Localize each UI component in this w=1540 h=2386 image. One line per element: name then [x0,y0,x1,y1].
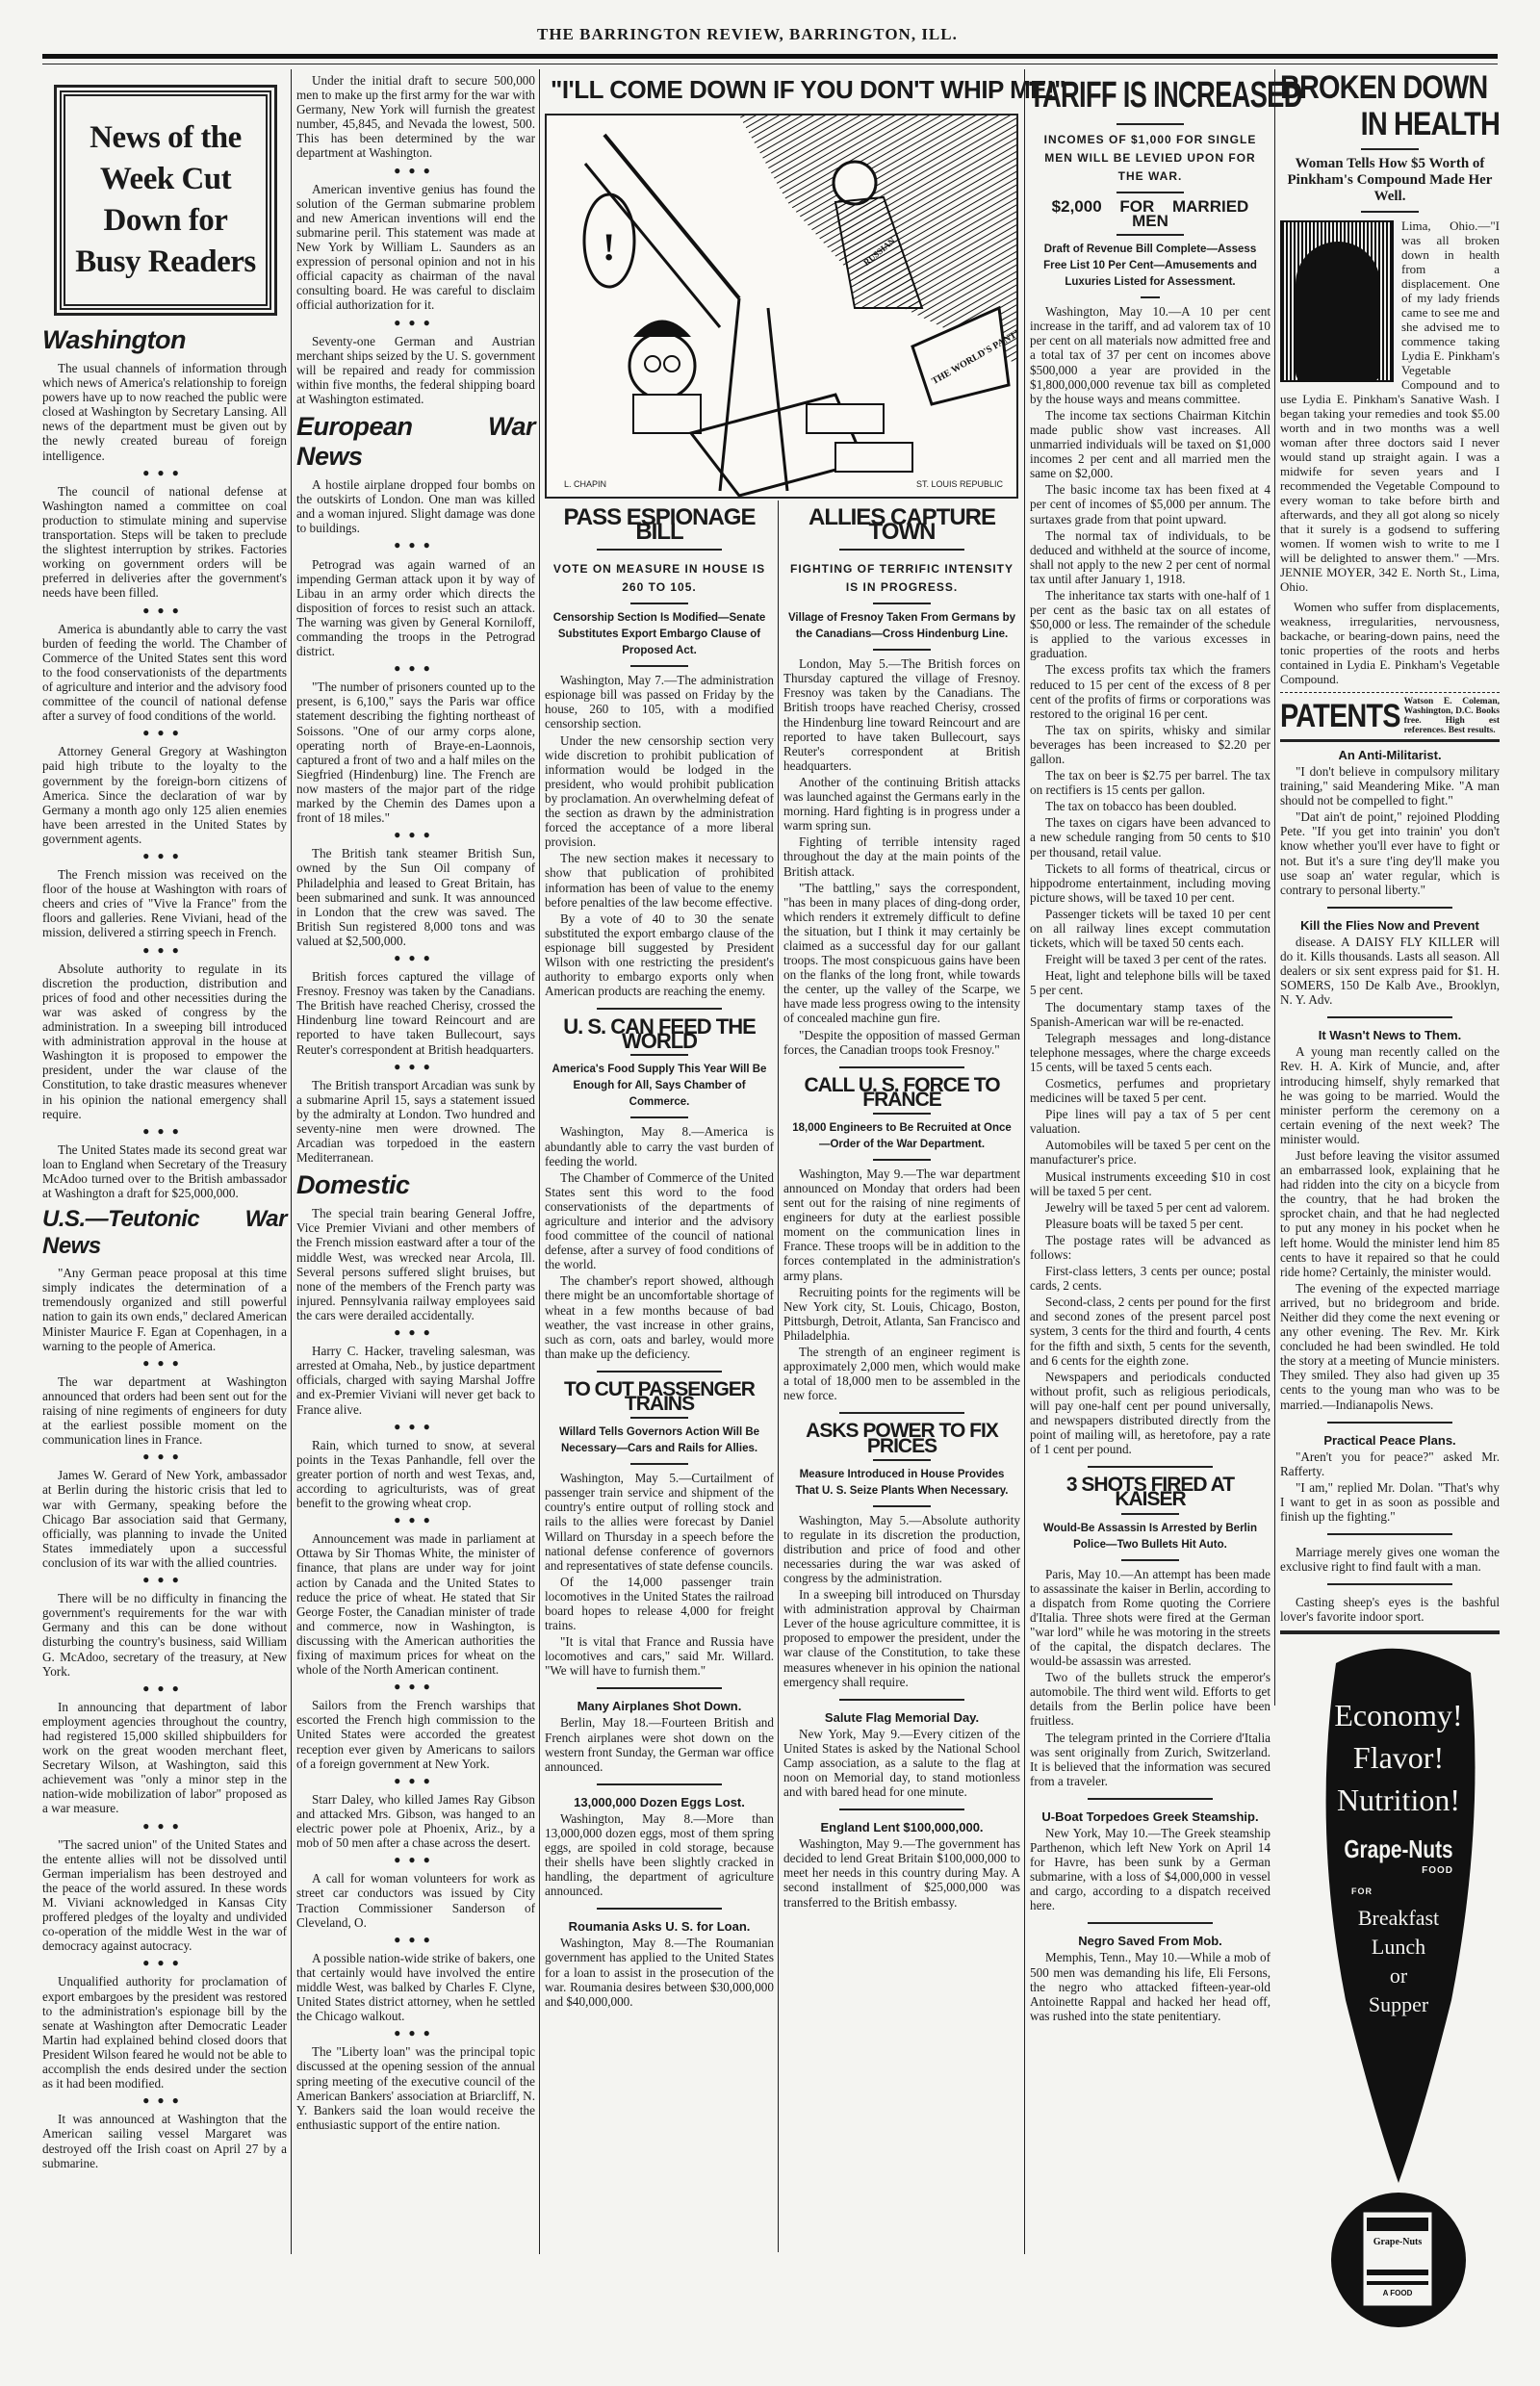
briefs-col3: Many Airplanes Shot Down.Berlin, May 18.… [545,1687,774,2008]
paragraph: The usual channels of information throug… [42,361,287,463]
deck-tariff: Draft of Revenue Bill Complete—Assess Fr… [1034,242,1267,291]
paragraph: Attorney General Gregory at Washington p… [42,744,287,846]
pinkham-ad: BROKEN DOWN IN HEALTH Woman Tells How $5… [1280,69,1500,686]
brief-text: New York, May 9.—Every citizen of the Un… [783,1727,1020,1799]
paragraph: The "Liberty loan" was the principal top… [296,2044,535,2132]
paragraph: Washington, May 8.—America is abundantly… [545,1124,774,1167]
paragraph: There will be no difficulty in financing… [42,1591,287,1679]
paragraph: Freight will be taxed 3 per cent of the … [1030,952,1270,966]
headline-fix-prices: ASKS POWER TO FIX PRICES [783,1424,1020,1452]
separator-dots: ●●● [296,951,535,965]
column-ads-misc: BROKEN DOWN IN HEALTH Woman Tells How $5… [1280,69,1500,1640]
story-feed-world: Washington, May 8.—America is abundantly… [545,1124,774,1361]
separator-dots: ●●● [42,849,287,863]
story-passenger-trains: Washington, May 5.—Curtailment of passen… [545,1471,774,1678]
paragraph: The French mission was received on the f… [42,867,287,939]
masthead-rule-thin [42,64,1498,64]
paragraph: Musical instruments exceeding $10 in cos… [1030,1169,1270,1198]
paragraph: Tickets to all forms of theatrical, circ… [1030,861,1270,905]
misc-items: An Anti-Militarist."I don't believe in c… [1280,748,1500,1625]
section-head-european-war: European War News [296,412,535,472]
column-rule [778,500,779,2252]
washington-briefs: The usual channels of information throug… [42,361,287,1200]
testimonial-portrait [1280,220,1394,382]
paragraph: The chamber's report showed, although th… [545,1273,774,1361]
title-line: Busy Readers [73,242,258,283]
brief-text: Washington, May 9.—The government has de… [783,1836,1020,1909]
brief-headline: Many Airplanes Shot Down. [545,1699,774,1713]
brief-headline: Roumania Asks U. S. for Loan. [545,1919,774,1934]
section-head-teutonic: U.S.—Teutonic War News [42,1206,287,1260]
svg-text:!: ! [603,225,615,269]
column-news-of-week: News of the Week Cut Down for Busy Reade… [42,69,287,2172]
item-paragraph: "I am," replied Mr. Dolan. "That's why I… [1280,1480,1500,1524]
box-sub: A FOOD [1363,2289,1432,2297]
paragraph: Two of the bullets struck the emperor's … [1030,1670,1270,1728]
paragraph: Rain, which turned to snow, at several p… [296,1438,535,1510]
brief-headline: England Lent $100,000,000. [783,1820,1020,1834]
ad-brand: Grape-Nuts [1325,1834,1472,1864]
ad-nutrition: Nutrition! [1307,1783,1490,1818]
ad-for: FOR [1307,1886,1490,1896]
paragraph: Under the initial draft to secure 500,00… [296,73,535,161]
separator-dots: ●●● [296,1680,535,1694]
paragraph: Another of the continuing British attack… [783,775,1020,833]
page-folio: THE BARRINGTON REVIEW, BARRINGTON, ILL. [537,25,1115,44]
paragraph: The Chamber of Commerce of the United St… [545,1170,774,1272]
box-label: Grape-Nuts [1363,2237,1432,2247]
paragraph: Starr Daley, who killed James Ray Gibson… [296,1792,535,1850]
deck-feed-world: America's Food Supply This Year Will Be … [549,1062,770,1111]
paragraph: The documentary stamp taxes of the Spani… [1030,1000,1270,1029]
separator-dots: ●●● [42,943,287,958]
paragraph: The United States made its second great … [42,1142,287,1200]
item-headline: Practical Peace Plans. [1280,1433,1500,1448]
paragraph: Announcement was made in parliament at O… [296,1531,535,1677]
paragraph: Of the 14,000 passenger train locomotive… [545,1575,774,1632]
brief-headline: U-Boat Torpedoes Greek Steamship. [1030,1809,1270,1824]
paragraph: "The number of prisoners counted up to t… [296,680,535,825]
column-espionage-bill: PASS ESPIONAGE BILL VOTE ON MEASURE IN H… [545,510,774,2011]
paragraph: Petrograd was again warned of an impendi… [296,557,535,659]
separator-dots: ●●● [296,1774,535,1788]
paragraph: "It is vital that France and Russia have… [545,1634,774,1678]
patents-info: Watson E. Coleman, Washington, D.C. Book… [1404,697,1500,735]
paragraph: Newspapers and periodicals conducted wit… [1030,1370,1270,1457]
paragraph: The postage rates will be advanced as fo… [1030,1233,1270,1262]
brief-headline: Negro Saved From Mob. [1030,1934,1270,1948]
pinkham-body: Lima, Ohio.—"I was all broken down in he… [1280,218,1500,594]
paragraph: The new section makes it necessary to sh… [545,851,774,909]
briefs-col5: U-Boat Torpedoes Greek Steamship.New Yor… [1030,1798,1270,2023]
column-allies-capture: ALLIES CAPTURE TOWN FIGHTING OF TERRIFIC… [783,510,1020,1911]
item-paragraph: A young man recently called on the Rev. … [1280,1044,1500,1146]
headline-kaiser: 3 SHOTS FIRED AT KAISER [1030,1477,1270,1506]
subhead-married-men: $2,000 FOR MARRIED MEN [1030,199,1270,228]
item-headline: It Wasn't News to Them. [1280,1028,1500,1042]
separator-dots: ●●● [42,1956,287,1970]
patents-word: PATENTS [1280,698,1400,735]
item-paragraph: The evening of the expected marriage arr… [1280,1281,1500,1412]
brief-text: Washington, May 8.—The Roumanian governm… [545,1936,774,2008]
separator-dots: ●●● [296,1325,535,1340]
headline-espionage: PASS ESPIONAGE BILL [545,510,774,539]
paragraph: It was announced at Washington that the … [42,2112,287,2169]
paragraph: Cosmetics, perfumes and proprietary medi… [1030,1076,1270,1105]
paragraph: American inventive genius has found the … [296,182,535,313]
brief-text: Washington, May 8.—More than 13,000,000 … [545,1811,774,1899]
ad-breakfast: Breakfast [1307,1906,1490,1931]
separator-dots: ●●● [42,1819,287,1834]
brief-headline: 13,000,000 Dozen Eggs Lost. [545,1795,774,1809]
column-rule [1274,69,1275,1706]
ad-flavor: Flavor! [1307,1740,1490,1776]
story-tariff: Washington, May 10.—A 10 per cent increa… [1030,304,1270,1456]
title-line: News of the [73,117,258,159]
separator-dots: ●●● [296,1060,535,1074]
item-headline: An Anti-Militarist. [1280,748,1500,762]
teutonic-briefs: "Any German peace proposal at this time … [42,1266,287,2170]
headline-feed-world: U. S. CAN FEED THE WORLD [545,1019,774,1048]
lead-briefs: Under the initial draft to secure 500,00… [296,73,535,406]
paragraph: The basic income tax has been fixed at 4… [1030,482,1270,526]
masthead-rule [42,54,1498,59]
title-line: Down for [73,200,258,242]
paragraph: "Any German peace proposal at this time … [42,1266,287,1353]
paragraph: Jewelry will be taxed 5 per cent ad valo… [1030,1200,1270,1215]
ad-food: FOOD [1307,1865,1490,1876]
paragraph: The British tank steamer British Sun, ow… [296,846,535,948]
paragraph: Seventy-one German and Austrian merchant… [296,334,535,406]
paragraph: The inheritance tax starts with one-half… [1030,588,1270,660]
separator-dots: ●●● [296,1933,535,1947]
paragraph: The strength of an engineer regiment is … [783,1345,1020,1402]
item-paragraph: "I don't believe in compulsory military … [1280,764,1500,808]
story-allies-capture: London, May 5.—The British forces on Thu… [783,656,1020,1057]
paragraph: The telegram printed in the Corriere d'I… [1030,1731,1270,1788]
subhead-tariff: INCOMES OF $1,000 FOR SINGLE MEN WILL BE… [1030,131,1270,186]
paragraph: Sailors from the French warships that es… [296,1698,535,1770]
headline-allies-capture: ALLIES CAPTURE TOWN [783,510,1020,539]
ad-economy: Economy! [1307,1698,1490,1733]
paragraph: Paris, May 10.—An attempt has been made … [1030,1567,1270,1669]
item-paragraph: "Aren't you for peace?" asked Mr. Raffer… [1280,1450,1500,1478]
separator-dots: ●●● [296,538,535,552]
item-headline: Kill the Flies Now and Prevent [1280,918,1500,933]
paragraph: America is abundantly able to carry the … [42,622,287,724]
paragraph: Washington, May 10.—A 10 per cent increa… [1030,304,1270,406]
paragraph: James W. Gerard of New York, ambassador … [42,1468,287,1570]
patents-ad: PATENTS Watson E. Coleman, Washington, D… [1280,692,1500,742]
paragraph: The council of national defense at Washi… [42,484,287,601]
separator-dots: ●●● [42,1450,287,1464]
separator-dots: ●●● [296,1853,535,1867]
section-head-washington: Washington [42,325,287,355]
grape-nuts-ad: Economy! Flavor! Nutrition! Grape-Nuts F… [1307,1634,1490,2337]
paragraph: First-class letters, 3 cents per ounce; … [1030,1264,1270,1293]
paragraph: London, May 5.—The British forces on Thu… [783,656,1020,773]
deck-allies-capture: Village of Fresnoy Taken From Germans by… [787,610,1016,643]
deck-fix-prices: Measure Introduced in House Provides Tha… [787,1467,1016,1500]
deck-passenger-trains: Willard Tells Governors Action Will Be N… [549,1424,770,1457]
news-of-week-title-box: News of the Week Cut Down for Busy Reade… [60,90,271,310]
separator-dots: ●●● [42,1124,287,1139]
paragraph: Unqualified authority for proclamation o… [42,1974,287,2091]
separator-dots: ●●● [296,828,535,842]
separator-dots: ●●● [42,726,287,740]
paragraph: "The battling," says the correspondent, … [783,881,1020,1026]
paragraph: Heat, light and telephone bills will be … [1030,968,1270,997]
brief-headline: Salute Flag Memorial Day. [783,1710,1020,1725]
domestic-briefs: The special train bearing General Joffre… [296,1206,535,2132]
paragraph: In announcing that department of labor e… [42,1700,287,1816]
paragraph: Washington, May 7.—The administration es… [545,673,774,731]
separator-dots: ●●● [42,2093,287,2108]
editorial-cartoon: ! THE WORLD'S PANTRY RUSSIAN L. CHAPIN S… [545,114,1018,499]
paragraph: The British transport Arcadian was sunk … [296,1078,535,1166]
title-line: Week Cut [73,159,258,200]
separator-dots: ●●● [296,1420,535,1434]
deck-force-france: 18,000 Engineers to Be Recruited at Once… [787,1120,1016,1153]
separator-dots: ●●● [296,316,535,330]
brief-text: New York, May 10.—The Greek steamship Pa… [1030,1826,1270,1913]
paragraph: Under the new censorship section very wi… [545,733,774,850]
paragraph: "The sacred union" of the United States … [42,1837,287,1954]
european-war-briefs: A hostile airplane dropped four bombs on… [296,477,535,1165]
headline-tariff: TARIFF IS INCREASED [1029,73,1271,117]
story-espionage: Washington, May 7.—The administration es… [545,673,774,998]
section-head-domestic: Domestic [296,1170,535,1200]
brief-text: Berlin, May 18.—Fourteen British and Fre… [545,1715,774,1773]
column-news-continued: Under the initial draft to secure 500,00… [296,69,535,2134]
paragraph: Washington, May 5.—Curtailment of passen… [545,1471,774,1573]
story-kaiser: Paris, May 10.—An attempt has been made … [1030,1567,1270,1788]
cartoon-illustration-icon: ! THE WORLD'S PANTRY RUSSIAN [547,115,1018,499]
cartoon-title: "I'LL COME DOWN IF YOU DON'T WHIP ME!" [551,75,1018,105]
ad-or: or [1307,1963,1490,1988]
subhead-allies-capture: FIGHTING OF TERRIFIC INTENSITY IS IN PRO… [783,560,1020,597]
paragraph: The tax on tobacco has been doubled. [1030,799,1270,813]
separator-dots: ●●● [42,603,287,618]
paragraph: Harry C. Hacker, traveling salesman, was… [296,1344,535,1416]
paragraph: Fighting of terrible intensity raged thr… [783,834,1020,878]
deck-kaiser: Would-Be Assassin Is Arrested by Berlin … [1034,1521,1267,1553]
item-paragraph: Casting sheep's eyes is the bashful love… [1280,1595,1500,1624]
item-paragraph: "Dat ain't de point," rejoined Plodding … [1280,809,1500,897]
paragraph: Absolute authority to regulate in its di… [42,962,287,1121]
paragraph: The special train bearing General Joffre… [296,1206,535,1322]
paragraph: Second-class, 2 cents per pound for the … [1030,1295,1270,1367]
subhead-espionage: VOTE ON MEASURE IN HOUSE IS 260 TO 105. [545,560,774,597]
paragraph: The war department at Washington announc… [42,1374,287,1447]
paragraph: Pleasure boats will be taxed 5 per cent. [1030,1217,1270,1231]
headline-force-france: CALL U. S. FORCE TO FRANCE [783,1078,1020,1107]
paragraph: Washington, May 9.—The war department an… [783,1167,1020,1283]
item-paragraph: Just before leaving the visitor assumed … [1280,1148,1500,1279]
paragraph: Automobiles will be taxed 5 per cent on … [1030,1138,1270,1167]
paragraph: The tax on spirits, whisky and similar b… [1030,723,1270,766]
separator-dots: ●●● [296,661,535,676]
briefs-col4: Salute Flag Memorial Day.New York, May 9… [783,1699,1020,1910]
paragraph: The income tax sections Chairman Kitchin… [1030,408,1270,480]
separator-dots: ●●● [296,2026,535,2040]
paragraph: A call for woman volunteers for work as … [296,1871,535,1929]
story-force-france: Washington, May 9.—The war department an… [783,1167,1020,1403]
separator-dots: ●●● [42,466,287,480]
ad-supper: Supper [1307,1992,1490,2017]
item-paragraph: Marriage merely gives one woman the excl… [1280,1545,1500,1574]
brief-text: Memphis, Tenn., May 10.—While a mob of 5… [1030,1950,1270,2022]
headline-in-health: IN HEALTH [1313,106,1500,142]
pinkham-body2: Women who suffer from displacements, wea… [1280,600,1500,686]
paragraph: By a vote of 40 to 30 the senate substit… [545,911,774,999]
paragraph: The excess profits tax which the framers… [1030,662,1270,720]
paragraph: The normal tax of individuals, to be ded… [1030,528,1270,586]
cartoon-source: ST. LOUIS REPUBLIC [916,479,1003,489]
separator-dots: ●●● [296,164,535,178]
paragraph: Recruiting points for the regiments will… [783,1285,1020,1343]
separator-dots: ●●● [296,1513,535,1527]
paragraph: British forces captured the village of F… [296,969,535,1057]
paragraph: A possible nation-wide strike of bakers,… [296,1951,535,2023]
column-tariff: TARIFF IS INCREASED INCOMES OF $1,000 FO… [1030,69,1270,2025]
headline-broken-down: BROKEN DOWN [1280,69,1467,106]
paragraph: The taxes on cigars have been advanced t… [1030,815,1270,859]
column-rule [1024,69,1025,2254]
newspaper-page: THE BARRINGTON REVIEW, BARRINGTON, ILL. … [0,0,1540,2386]
column-rule [291,69,292,2254]
paragraph: Washington, May 5.—Absolute authority to… [783,1513,1020,1585]
paragraph: In a sweeping bill introduced on Thursda… [783,1587,1020,1689]
item-paragraph: disease. A DAISY FLY KILLER will do it. … [1280,935,1500,1007]
separator-dots: ●●● [42,1681,287,1696]
paragraph: Pipe lines will pay a tax of 5 per cent … [1030,1107,1270,1136]
separator-dots: ●●● [42,1356,287,1371]
deck-espionage: Censorship Section Is Modified—Senate Su… [549,610,770,659]
column-rule [539,69,540,2254]
paragraph: The tax on beer is $2.75 per barrel. The… [1030,768,1270,797]
story-fix-prices: Washington, May 5.—Absolute authority to… [783,1513,1020,1689]
headline-passenger-trains: TO CUT PASSENGER TRAINS [545,1382,774,1411]
paragraph: Telegraph messages and long-distance tel… [1030,1031,1270,1074]
pinkham-deck: Woman Tells How $5 Worth of Pinkham's Co… [1280,156,1500,205]
ad-lunch: Lunch [1307,1935,1490,1960]
paragraph: Passenger tickets will be taxed 10 per c… [1030,907,1270,950]
cartoon-signature: L. CHAPIN [564,479,606,489]
separator-dots: ●●● [42,1573,287,1587]
paragraph: A hostile airplane dropped four bombs on… [296,477,535,535]
paragraph: "Despite the opposition of massed German… [783,1028,1020,1057]
